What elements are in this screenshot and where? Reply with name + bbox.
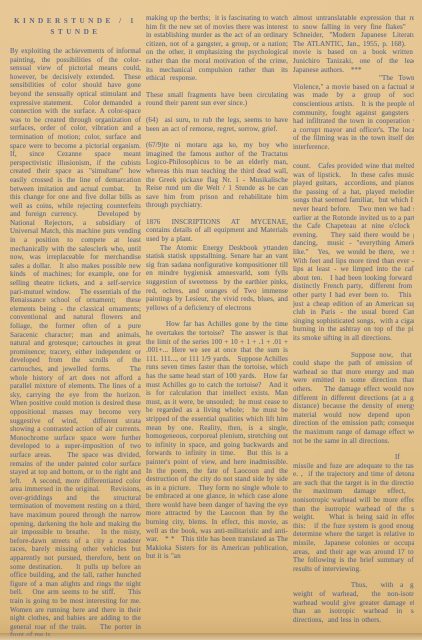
paragraph: By exploiting the achievements of inform… [10,47,141,636]
paragraph: These small fragments have been circulat… [146,91,288,108]
column-layout: KINDERSTUNDE / 1 STUNDE By exploiting th… [10,14,414,636]
paragraph: almost untranslatable expression that re… [293,14,414,74]
paragraph: How far has Achilles gone by the time he… [146,320,288,561]
paragraph: The Atomic Energy Deskbook yttanden stat… [146,244,288,313]
column-left: KINDERSTUNDE / 1 STUNDE By exploiting th… [10,14,141,636]
paragraph: Thus, with a given weight of warhead, th… [293,581,414,624]
paragraph: If the missile and fuze are adequate to … [293,453,414,573]
paragraph: making up the berths; it is fascinating … [146,14,288,83]
page-title: KINDERSTUNDE / 1 STUNDE [10,16,141,38]
paragraph: Suppose now, that one could shape the pa… [293,351,414,446]
paragraph: 1876 INSCRIPTIONS AT MYCENAE, contains d… [146,218,288,244]
column-right: almost untranslatable expression that re… [293,14,414,636]
scanned-page: KINDERSTUNDE / 1 STUNDE By exploiting th… [0,0,422,640]
paragraph: count. Cafes provided wine that melted t… [293,162,414,342]
page-title-line-1: KINDERSTUNDE / 1 [10,16,141,27]
paragraph: (67/9)te ni motaru aga ko, my boy who im… [146,141,288,210]
paragraph: (64) asi suru, to rub the legs, seems to… [146,116,288,133]
paragraph: "The Town of Violence," a movie based on… [293,74,414,151]
page-title-line-2: STUNDE [10,27,141,38]
column-center: making up the berths; it is fascinating … [146,14,288,636]
catchword: Ac- [293,154,414,163]
